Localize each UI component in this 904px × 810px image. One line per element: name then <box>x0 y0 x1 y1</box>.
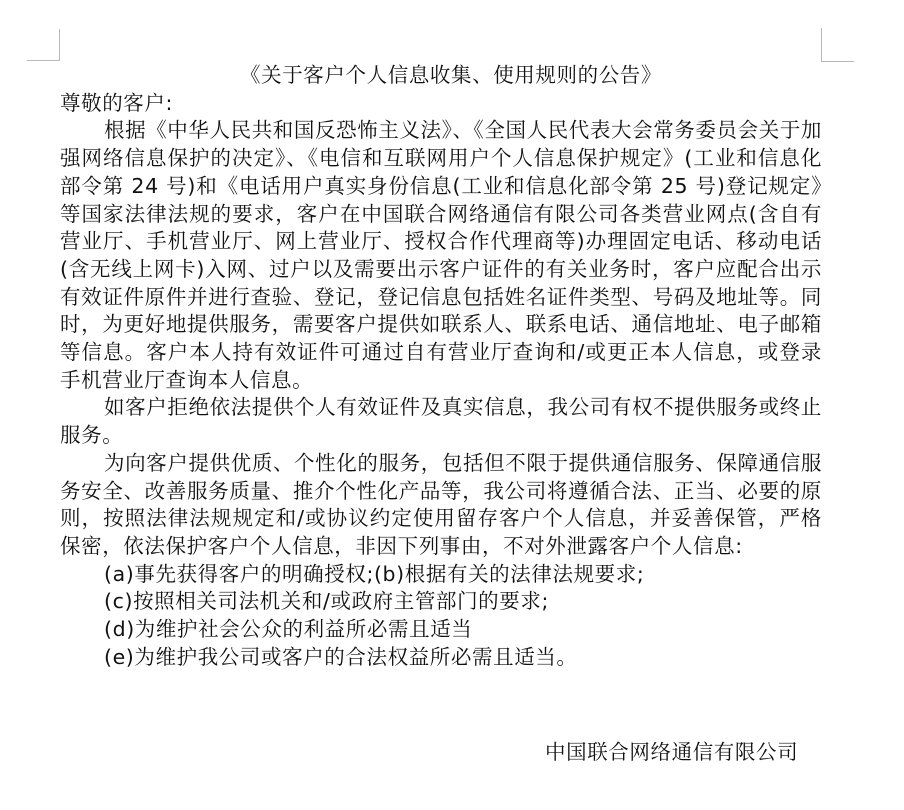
exception-list: (a)事先获得客户的明确授权;(b)根据有关的法律法规要求; (c)按照相关司法… <box>60 561 822 672</box>
paragraph-refusal: 如客户拒绝依法提供个人有效证件及真实信息，我公司有权不提供服务或终止服务。 <box>60 394 822 449</box>
paragraph-usage: 为向客户提供优质、个性化的服务，包括但不限于提供通信服务、保障通信服务安全、改善… <box>60 450 822 561</box>
list-item: (a)事先获得客户的明确授权;(b)根据有关的法律法规要求; <box>104 561 822 589</box>
list-item: (d)为维护社会公众的利益所必需且适当 <box>104 616 822 644</box>
paragraph-legal-basis: 根据《中华人民共和国反恐怖主义法》、《全国人民代表大会常务委员会关于加强网络信息… <box>60 117 822 394</box>
page-corner-mark-top-left <box>27 29 60 61</box>
page-corner-mark-top-right <box>821 28 854 62</box>
list-item: (e)为维护我公司或客户的合法权益所必需且适当。 <box>104 644 822 672</box>
list-item: (c)按照相关司法机关和/或政府主管部门的要求; <box>104 588 822 616</box>
document-title: 《关于客户个人信息收集、使用规则的公告》 <box>60 62 822 90</box>
signature-company: 中国联合网络通信有限公司 <box>545 735 798 765</box>
document-body: 《关于客户个人信息收集、使用规则的公告》 尊敬的客户: 根据《中华人民共和国反恐… <box>60 62 822 671</box>
salutation: 尊敬的客户: <box>60 90 822 118</box>
